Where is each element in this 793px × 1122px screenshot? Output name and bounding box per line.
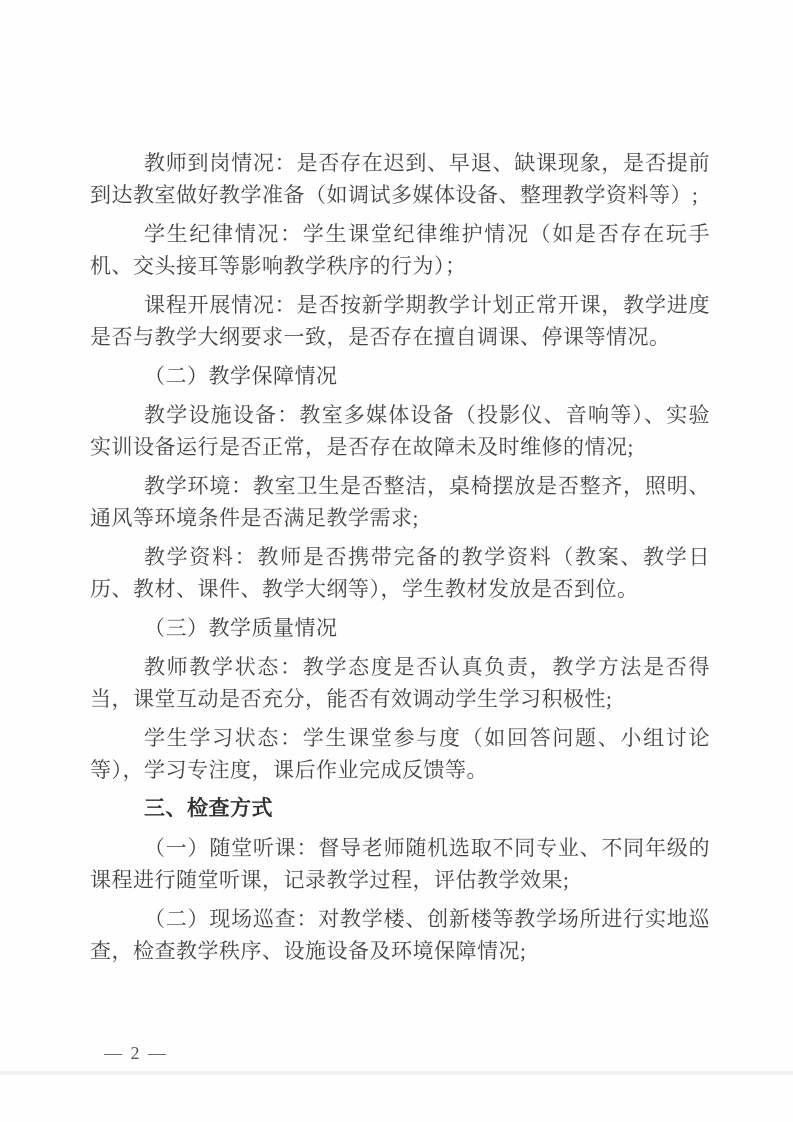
paragraph: 教学设施设备：教室多媒体设备（投影仪、音响等）、实验实训设备运行是否正常，是否存… [90,399,710,463]
document-page: 教师到岗情况：是否存在迟到、早退、缺课现象，是否提前到达教室做好教学准备（如调试… [0,0,793,1122]
page-footer: — 2 — [104,1042,168,1064]
paragraph: （二）现场巡查：对教学楼、创新楼等教学场所进行实地巡查，检查教学秩序、设施设备及… [90,903,710,967]
paragraph: 教学环境：教室卫生是否整洁，桌椅摆放是否整齐，照明、通风等环境条件是否满足教学需… [90,470,710,534]
sub-heading: （三）教学质量情况 [90,612,710,644]
page-number: — 2 — [104,1043,168,1063]
paragraph: （一）随堂听课：督导老师随机选取不同专业、不同年级的课程进行随堂听课，记录教学过… [90,832,710,896]
paragraph: 教师到岗情况：是否存在迟到、早退、缺课现象，是否提前到达教室做好教学准备（如调试… [90,147,710,211]
paragraph: 课程开展情况：是否按新学期教学计划正常开课，教学进度是否与教学大纲要求一致，是否… [90,289,710,353]
sub-heading: （二）教学保障情况 [90,360,710,392]
section-heading: 三、检查方式 [90,793,710,825]
paragraph: 学生学习状态：学生课堂参与度（如回答问题、小组讨论等），学习专注度，课后作业完成… [90,722,710,786]
paragraph: 学生纪律情况：学生课堂纪律维护情况（如是否存在玩手机、交头接耳等影响教学秩序的行… [90,218,710,282]
document-body: 教师到岗情况：是否存在迟到、早退、缺课现象，是否提前到达教室做好教学准备（如调试… [90,147,710,974]
paragraph: 教学资料：教师是否携带完备的教学资料（教案、教学日历、教材、课件、教学大纲等），… [90,541,710,605]
paragraph: 教师教学状态：教学态度是否认真负责，教学方法是否得当，课堂互动是否充分，能否有效… [90,651,710,715]
page-edge-line [0,1071,793,1075]
